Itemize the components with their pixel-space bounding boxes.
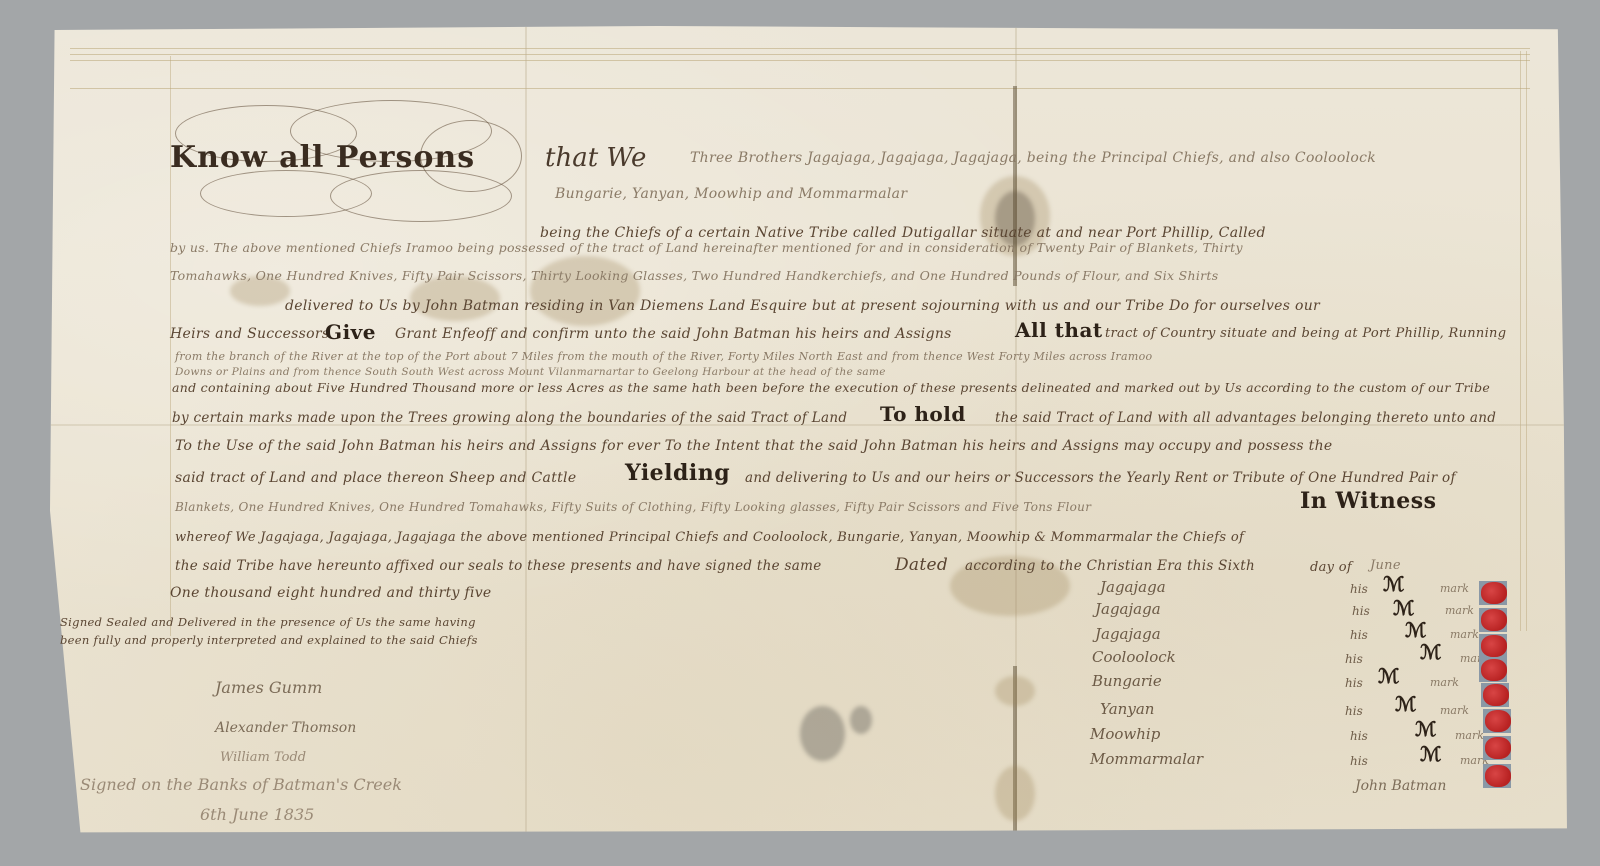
witness-signature: William Todd (220, 750, 306, 765)
stain (995, 676, 1035, 706)
chief-mark: ℳ (1405, 618, 1426, 642)
body-line: Bungarie, Yanyan, Moowhip and Mommarmala… (555, 186, 907, 202)
witness-clause: been fully and properly interpreted and … (60, 633, 478, 647)
mark-label: mark (1430, 676, 1459, 689)
signatory-name: Mommarmalar (1090, 750, 1203, 768)
mark-label: mark (1445, 604, 1474, 617)
his-label: his (1352, 604, 1370, 618)
blackletter-all-that: All that (1015, 318, 1103, 342)
his-label: his (1350, 754, 1368, 768)
dated-word: Dated (895, 555, 948, 575)
deed-heading: Know all Persons (170, 140, 475, 175)
body-line: by certain marks made upon the Trees gro… (172, 410, 847, 426)
opening-phrase: that We (545, 143, 646, 173)
blackletter-in-witness: In Witness (1300, 488, 1437, 514)
wax-seal (1481, 683, 1509, 707)
body-line: and delivering to Us and our heirs or Su… (745, 470, 1456, 486)
mark-label: mark (1440, 704, 1469, 717)
wax-seal (1479, 608, 1507, 632)
wax-seal (1479, 658, 1507, 682)
his-label: his (1350, 582, 1368, 596)
body-line: and containing about Five Hundred Thousa… (172, 380, 1490, 395)
body-line: To the Use of the said John Batman his h… (175, 438, 1333, 454)
body-line: delivered to Us by John Batman residing … (285, 298, 1320, 314)
body-line: Tomahawks, One Hundred Knives, Fifty Pai… (170, 268, 1218, 283)
ink-drip (1013, 86, 1017, 286)
blackletter-give: Give (325, 320, 376, 344)
signatory-name: Cooloolock (1092, 648, 1176, 666)
his-label: his (1345, 652, 1363, 666)
chief-mark: ℳ (1393, 596, 1414, 620)
chief-mark: ℳ (1378, 664, 1399, 688)
signatory-name: Bungarie (1092, 672, 1162, 690)
wax-seal (1483, 764, 1511, 788)
chief-mark: ℳ (1415, 717, 1436, 741)
mold-spot (800, 706, 845, 761)
margin-line (1526, 51, 1527, 631)
body-line: according to the Christian Era this Sixt… (965, 558, 1255, 574)
stain (995, 766, 1035, 821)
witness-signature: Alexander Thomson (215, 720, 356, 736)
grantee-signature: John Batman (1355, 778, 1446, 794)
signatory-name: Moowhip (1090, 725, 1160, 743)
body-line: Downs or Plains and from thence South So… (175, 366, 886, 378)
body-line: the said Tract of Land with all advantag… (995, 410, 1496, 426)
witness-clause: Signed Sealed and Delivered in the prese… (60, 615, 476, 629)
wax-seal (1479, 634, 1507, 658)
body-line: tract of Country situate and being at Po… (1105, 326, 1506, 341)
body-line: One thousand eight hundred and thirty fi… (170, 585, 492, 601)
body-line: Grant Enfeoff and confirm unto the said … (395, 326, 952, 342)
body-line: whereof We Jagajaga, Jagajaga, Jagajaga … (175, 530, 1244, 545)
stain (530, 256, 640, 326)
wax-seal (1483, 736, 1511, 760)
mark-label: mark (1455, 729, 1484, 742)
ruled-line (70, 88, 1530, 89)
witness-signature: James Gumm (215, 678, 322, 697)
chief-mark: ℳ (1420, 640, 1441, 664)
ruled-line (70, 54, 1530, 55)
margin-line (1520, 51, 1521, 631)
fold-line (525, 26, 527, 834)
mold-spot (850, 706, 872, 734)
chief-mark: ℳ (1395, 692, 1416, 716)
signatory-name: Jagajaga (1095, 600, 1161, 618)
his-label: his (1350, 628, 1368, 642)
body-line: Blankets, One Hundred Knives, One Hundre… (175, 500, 1091, 514)
body-line: the said Tribe have hereunto affixed our… (175, 558, 822, 574)
wax-seal (1483, 709, 1511, 733)
wax-seal (1479, 581, 1507, 605)
body-line: by us. The above mentioned Chiefs Iramoo… (170, 240, 1243, 255)
body-line: said tract of Land and place thereon She… (175, 470, 576, 486)
chief-mark: ℳ (1383, 572, 1404, 596)
endorsement-line: Signed on the Banks of Batman's Creek (80, 775, 402, 794)
his-label: his (1350, 729, 1368, 743)
mark-label: mark (1440, 582, 1469, 595)
body-line: Heirs and Successors (170, 326, 329, 342)
date-month: June (1370, 558, 1401, 573)
signatory-name: Yanyan (1100, 700, 1154, 718)
ruled-line (70, 60, 1530, 61)
body-line: being the Chiefs of a certain Native Tri… (540, 225, 1266, 241)
endorsement-date: 6th June 1835 (200, 805, 314, 824)
ruled-line (70, 48, 1530, 49)
chief-mark: ℳ (1420, 742, 1441, 766)
body-line: from the branch of the River at the top … (175, 350, 1152, 363)
body-line: Three Brothers Jagajaga, Jagajaga, Jagaj… (690, 150, 1376, 166)
date-day-of: day of (1310, 560, 1352, 575)
his-label: his (1345, 676, 1363, 690)
mark-label: mark (1450, 628, 1479, 641)
blackletter-yielding: Yielding (625, 460, 730, 486)
signatory-name: Jagajaga (1095, 625, 1161, 643)
his-label: his (1345, 704, 1363, 718)
signatory-name: Jagajaga (1100, 578, 1166, 596)
blackletter-to-hold: To hold (880, 402, 966, 426)
